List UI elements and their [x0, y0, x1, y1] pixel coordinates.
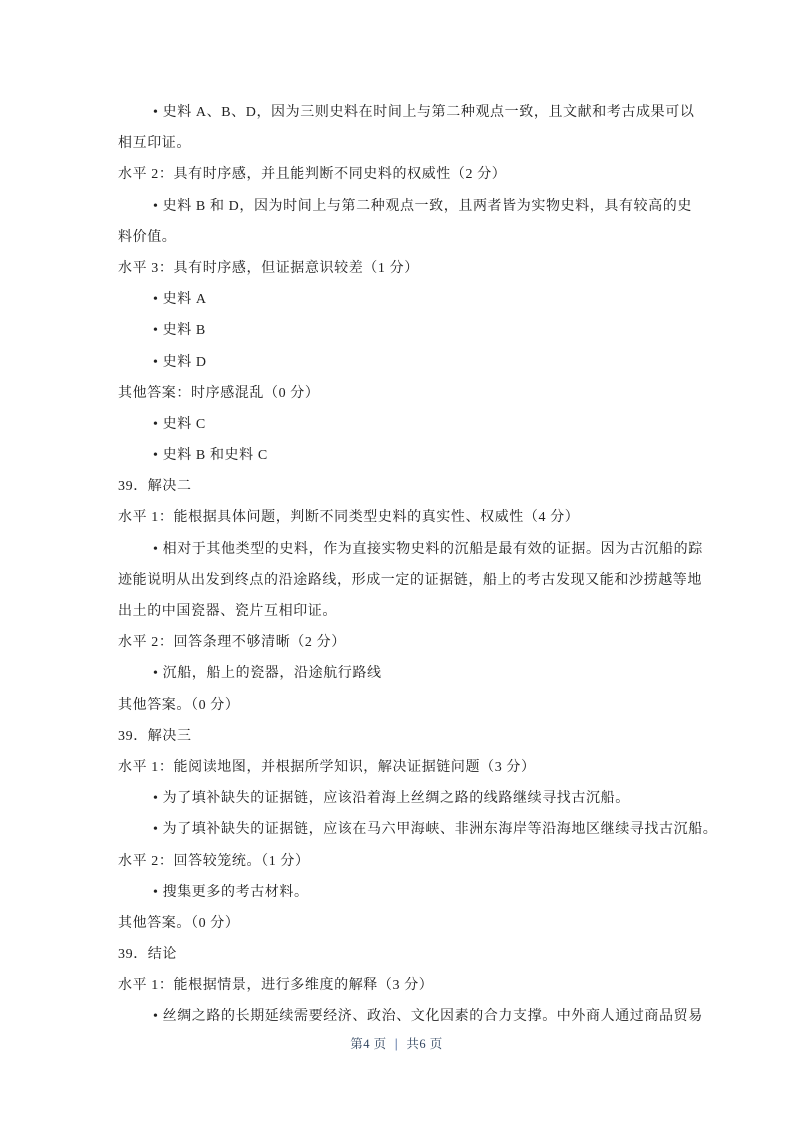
bullet-answer-line: • 搜集更多的考古材料。	[118, 877, 688, 908]
level-line: 水平 1：能根据情景，进行多维度的解释（3 分）	[118, 970, 688, 1001]
level-line: 水平 2：回答较笼统。（1 分）	[118, 846, 688, 877]
section-heading: 39．解决二	[118, 471, 688, 502]
level-line: 水平 2：回答条理不够清晰（2 分）	[118, 627, 688, 658]
bullet-answer-line: • 史料 B 和 D，因为时间上与第二种观点一致，且两者皆为实物史料，具有较高的…	[118, 191, 688, 222]
section-heading: 39．结论	[118, 939, 688, 970]
section-heading: 39．解决三	[118, 721, 688, 752]
bullet-answer-line: • 史料 B 和史料 C	[118, 440, 688, 471]
page-number: 第4 页	[350, 1037, 386, 1051]
other-answer-line: 其他答案：时序感混乱（0 分）	[118, 378, 688, 409]
level-line: 水平 1：能阅读地图，并根据所学知识，解决证据链问题（3 分）	[118, 752, 688, 783]
bullet-answer-line: • 史料 B	[118, 315, 688, 346]
bullet-answer-line: • 史料 A	[118, 284, 688, 315]
bullet-answer-line: • 丝绸之路的长期延续需要经济、政治、文化因素的合力支撑。中外商人通过商品贸易	[118, 1001, 688, 1032]
bullet-answer-line: • 相对于其他类型的史料，作为直接实物史料的沉船是最有效的证据。因为古沉船的踪	[118, 534, 688, 565]
page-total: 共6 页	[406, 1037, 442, 1051]
continuation-line: 相互印证。	[118, 128, 688, 159]
document-body: • 史料 A、B、D，因为三则史料在时间上与第二种观点一致，且文献和考古成果可以…	[118, 97, 688, 1033]
continuation-line: 迹能说明从出发到终点的沿途路线，形成一定的证据链，船上的考古发现又能和沙捞越等地	[118, 565, 688, 596]
bullet-answer-line: • 史料 C	[118, 409, 688, 440]
level-line: 水平 2：具有时序感，并且能判断不同史料的权威性（2 分）	[118, 159, 688, 190]
page-footer: 第4 页|共6 页	[0, 1034, 793, 1054]
level-line: 水平 3：具有时序感，但证据意识较差（1 分）	[118, 253, 688, 284]
level-line: 水平 1：能根据具体问题，判断不同类型史料的真实性、权威性（4 分）	[118, 502, 688, 533]
bullet-answer-line: • 史料 D	[118, 347, 688, 378]
continuation-line: 出土的中国瓷器、瓷片互相印证。	[118, 596, 688, 627]
other-answer-line: 其他答案。（0 分）	[118, 908, 688, 939]
footer-separator: |	[395, 1037, 399, 1051]
document-page: • 史料 A、B、D，因为三则史料在时间上与第二种观点一致，且文献和考古成果可以…	[0, 0, 793, 1122]
continuation-line: 料价值。	[118, 222, 688, 253]
bullet-answer-line: • 为了填补缺失的证据链，应该沿着海上丝绸之路的线路继续寻找古沉船。	[118, 783, 688, 814]
bullet-answer-line: • 史料 A、B、D，因为三则史料在时间上与第二种观点一致，且文献和考古成果可以	[118, 97, 688, 128]
bullet-answer-line: • 沉船，船上的瓷器，沿途航行路线	[118, 658, 688, 689]
bullet-answer-line: • 为了填补缺失的证据链，应该在马六甲海峡、非洲东海岸等沿海地区继续寻找古沉船。	[118, 814, 688, 845]
other-answer-line: 其他答案。（0 分）	[118, 690, 688, 721]
